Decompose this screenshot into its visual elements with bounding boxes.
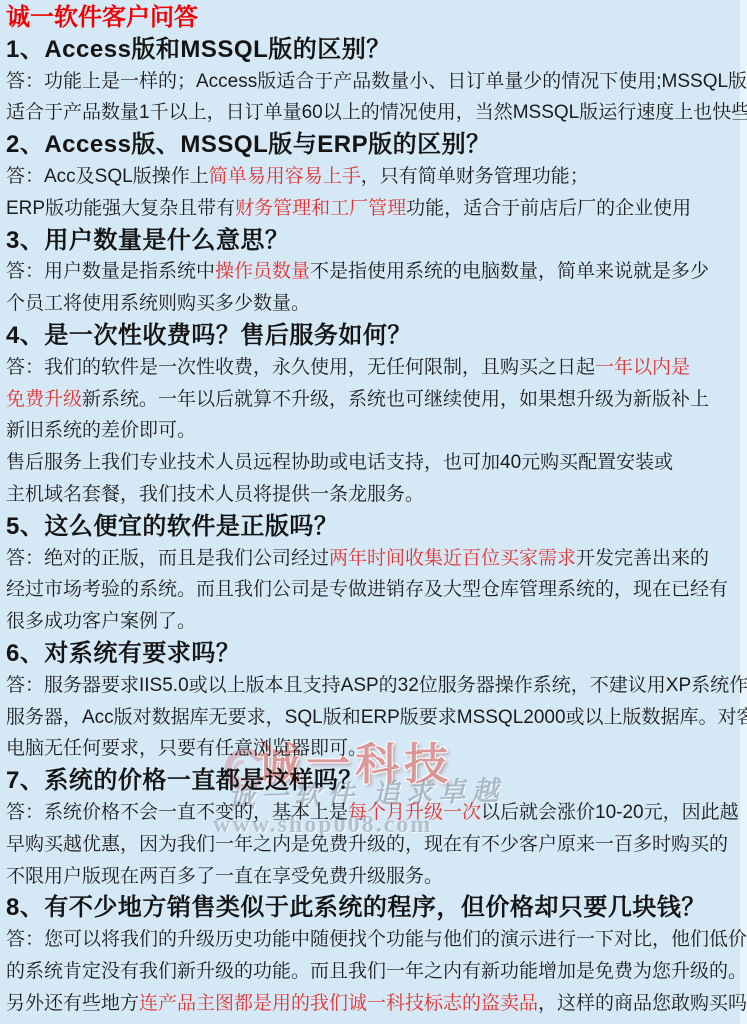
answer-text: 售后服务上我们专业技术人员远程协助或电话支持，也可加40元购买配置安装或 (6, 452, 673, 473)
answer-text: 答：功能上是一样的；Access版适合于产品数量小、日订单量少的情况下使用;MS… (6, 71, 747, 92)
red-highlight-text: 两年时间收集近百位买家需求 (329, 548, 576, 569)
answer-text: 答：系统价格不会一直不变的，基本上是 (6, 802, 348, 823)
answer-text: 主机域名套餐，我们技术人员将提供一条龙服务。 (6, 484, 424, 505)
answer-text: 电脑无任何要求，只要有任意浏览器即可。 (6, 738, 367, 759)
answer-line: 售后服务上我们专业技术人员远程协助或电话支持，也可加40元购买配置安装或 (6, 447, 739, 479)
answer-text: 早购买越优惠，因为我们一年之内是免费升级的，现在有不少客户原来一百多时购买的 (6, 834, 728, 855)
red-highlight-text: 一年以内是 (595, 357, 690, 378)
answer-line: 答：Acc及SQL版操作上简单易用容易上手，只有简单财务管理功能； (6, 161, 739, 193)
faq-content: 诚一软件客户问答 1、Access版和MSSQL版的区别？答：功能上是一样的；A… (0, 0, 747, 1024)
answer-text: ，这样的商品您敢购买吗？ (538, 993, 747, 1014)
answer-line: 另外还有些地方连产品主图都是用的我们诚一科技标志的盗卖品，这样的商品您敢购买吗？ (6, 988, 739, 1020)
answer-text: 答：服务器要求IIS5.0或以上版本且支持ASP的32位服务器操作系统，不建议用… (6, 675, 747, 696)
answer-line: 服务器，Acc版对数据库无要求，SQL版和ERP版要求MSSQL2000或以上版… (6, 702, 739, 734)
answer-line: 个员工将使用系统则购买多少数量。 (6, 288, 739, 320)
answer-line: 主机域名套餐，我们技术人员将提供一条龙服务。 (6, 479, 739, 511)
answer-text: 以后就会涨价10-20元，因此越 (481, 802, 739, 823)
answer-line: 电脑无任何要求，只要有任意浏览器即可。 (6, 733, 739, 765)
question-heading-3: 3、用户数量是什么意思？ (6, 225, 739, 257)
answer-line: 答：您可以将我们的升级历史功能中随便找个功能与他们的演示进行一下对比，他们低价 (6, 924, 739, 956)
answer-line: 答：绝对的正版，而且是我们公司经过两年时间收集近百位买家需求开发完善出来的 (6, 543, 739, 575)
answer-text: 不限用户版现在两百多了一直在享受免费升级服务。 (6, 866, 443, 887)
red-highlight-text: 免费升级 (6, 389, 82, 410)
answer-line: 答：我们的软件是一次性收费，永久使用，无任何限制，且购买之日起一年以内是 (6, 352, 739, 384)
answer-text: ，只有简单财务管理功能； (361, 166, 589, 187)
answer-line: 答：功能上是一样的；Access版适合于产品数量小、日订单量少的情况下使用;MS… (6, 66, 739, 98)
answer-line: 不限用户版现在两百多了一直在享受免费升级服务。 (6, 861, 739, 893)
red-highlight-text: 每个月升级一次 (348, 802, 481, 823)
question-heading-6: 6、对系统有要求吗？ (6, 638, 739, 670)
answer-line: 经过市场考验的系统。而且我们公司是专做进销存及大型仓库管理系统的，现在已经有 (6, 574, 739, 606)
answer-line: 适合于产品数量1千以上，日订单量60以上的情况使用，当然MSSQL版运行速度上也… (6, 97, 739, 129)
answer-text: 功能，适合于前店后厂的企业使用 (406, 198, 691, 219)
answer-line: 答：系统价格不会一直不变的，基本上是每个月升级一次以后就会涨价10-20元，因此… (6, 797, 739, 829)
answer-text: 适合于产品数量1千以上，日订单量60以上的情况使用，当然MSSQL版运行速度上也… (6, 102, 747, 123)
question-heading-1: 1、Access版和MSSQL版的区别？ (6, 34, 739, 66)
qa-list: 1、Access版和MSSQL版的区别？答：功能上是一样的；Access版适合于… (6, 34, 739, 1020)
answer-text: 另外还有些地方 (6, 993, 139, 1014)
answer-line: 新旧系统的差价即可。 (6, 415, 739, 447)
answer-text: 经过市场考验的系统。而且我们公司是专做进销存及大型仓库管理系统的，现在已经有 (6, 579, 728, 600)
answer-line: 的系统肯定没有我们新升级的功能。而且我们一年之内有新功能增加是免费为您升级的。 (6, 956, 739, 988)
answer-line: 答：用户数量是指系统中操作员数量不是指使用系统的电脑数量，简单来说就是多少 (6, 256, 739, 288)
answer-line: 早购买越优惠，因为我们一年之内是免费升级的，现在有不少客户原来一百多时购买的 (6, 829, 739, 861)
answer-text: 答：绝对的正版，而且是我们公司经过 (6, 548, 329, 569)
question-heading-5: 5、这么便宜的软件是正版吗？ (6, 511, 739, 543)
answer-text: 答：您可以将我们的升级历史功能中随便找个功能与他们的演示进行一下对比，他们低价 (6, 929, 747, 950)
question-heading-8: 8、有不少地方销售类似于此系统的程序，但价格却只要几块钱？ (6, 892, 739, 924)
answer-text: 答：用户数量是指系统中 (6, 261, 215, 282)
answer-text: 开发完善出来的 (576, 548, 709, 569)
question-heading-4: 4、是一次性收费吗？售后服务如何？ (6, 320, 739, 352)
answer-text: 新系统。一年以后就算不升级，系统也可继续使用，如果想升级为新版补上 (82, 389, 709, 410)
answer-line: ERP版功能强大复杂且带有财务管理和工厂管理功能，适合于前店后厂的企业使用 (6, 193, 739, 225)
question-heading-7: 7、系统的价格一直都是这样吗？ (6, 765, 739, 797)
answer-text: 个员工将使用系统则购买多少数量。 (6, 293, 310, 314)
answer-line: 很多成功客户案例了。 (6, 606, 739, 638)
answer-text: ERP版功能强大复杂且带有 (6, 198, 235, 219)
answer-line: 免费升级新系统。一年以后就算不升级，系统也可继续使用，如果想升级为新版补上 (6, 384, 739, 416)
answer-text: 不是指使用系统的电脑数量，简单来说就是多少 (310, 261, 709, 282)
answer-text: 的系统肯定没有我们新升级的功能。而且我们一年之内有新功能增加是免费为您升级的。 (6, 961, 747, 982)
answer-text: 新旧系统的差价即可。 (6, 420, 196, 441)
question-heading-2: 2、Access版、MSSQL版与ERP版的区别？ (6, 129, 739, 161)
faq-page: 诚一科技 诚一软件 追求卓越 www.shop008.com 诚一软件客户问答 … (0, 0, 747, 1024)
answer-text: 答：Acc及SQL版操作上 (6, 166, 209, 187)
answer-text: 答：我们的软件是一次性收费，永久使用，无任何限制，且购买之日起 (6, 357, 595, 378)
answer-line: 答：服务器要求IIS5.0或以上版本且支持ASP的32位服务器操作系统，不建议用… (6, 670, 739, 702)
answer-text: 很多成功客户案例了。 (6, 611, 196, 632)
red-highlight-text: 财务管理和工厂管理 (235, 198, 406, 219)
page-title: 诚一软件客户问答 (6, 2, 739, 34)
red-highlight-text: 连产品主图都是用的我们诚一科技标志的盗卖品 (139, 993, 538, 1014)
red-highlight-text: 操作员数量 (215, 261, 310, 282)
red-highlight-text: 简单易用容易上手 (209, 166, 361, 187)
answer-text: 服务器，Acc版对数据库无要求，SQL版和ERP版要求MSSQL2000或以上版… (6, 707, 747, 728)
